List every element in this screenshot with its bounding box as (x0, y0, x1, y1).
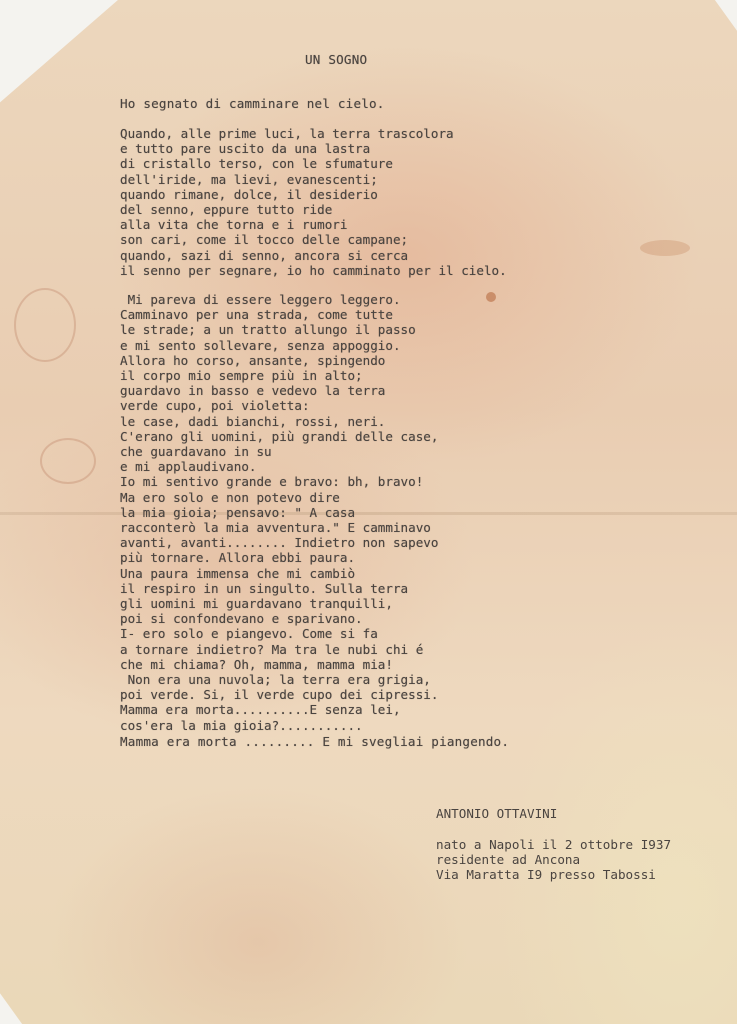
closing-line: Mamma era morta ......... E mi svegliai … (120, 734, 509, 749)
signature-block: ANTONIO OTTAVINI nato a Napoli il 2 otto… (436, 806, 671, 882)
coffee-ring-stain (14, 288, 76, 362)
typewritten-page: UN SOGNO Ho segnato di camminare nel cie… (0, 0, 737, 1024)
poem-line: quando, sazi di senno, ancora si cerca (120, 248, 507, 263)
poem-line: poi si confondevano e sparivano. (120, 611, 438, 626)
poem-line: Ma ero solo e non potevo dire (120, 490, 438, 505)
poem-line: Mamma era morta..........E senza lei, (120, 702, 438, 717)
poem-line: di cristallo terso, con le sfumature (120, 156, 507, 171)
poem-line: che guardavano in su (120, 444, 438, 459)
poem-line: guardavo in basso e vedevo la terra (120, 383, 438, 398)
author-name: ANTONIO OTTAVINI (436, 806, 671, 821)
poem-line: quando rimane, dolce, il desiderio (120, 187, 507, 202)
poem-line: Mi pareva di essere leggero leggero. (120, 292, 438, 307)
coffee-ring-stain (40, 438, 96, 484)
poem-line: avanti, avanti........ Indietro non sape… (120, 535, 438, 550)
poem-line: Non era una nuvola; la terra era grigia, (120, 672, 438, 687)
poem-line: il corpo mio sempre più in alto; (120, 368, 438, 383)
author-detail-line: Via Maratta I9 presso Tabossi (436, 867, 671, 882)
stain-smear (640, 240, 690, 256)
poem-line: Io mi sentivo grande e bravo: bh, bravo! (120, 474, 438, 489)
poem-line: cos'era la mia gioia?........... (120, 718, 438, 733)
poem-line: Una paura immensa che mi cambiò (120, 566, 438, 581)
poem-line: son cari, come il tocco delle campane; (120, 232, 507, 247)
document-title: UN SOGNO (305, 52, 367, 67)
poem-line: Allora ho corso, ansante, spingendo (120, 353, 438, 368)
poem-line: a tornare indietro? Ma tra le nubi chi é (120, 642, 438, 657)
author-detail-line: nato a Napoli il 2 ottobre I937 (436, 837, 671, 852)
poem-line: e tutto pare uscito da una lastra (120, 141, 507, 156)
poem-line: verde cupo, poi violetta: (120, 398, 438, 413)
poem-line: più tornare. Allora ebbi paura. (120, 550, 438, 565)
author-detail-line: residente ad Ancona (436, 852, 671, 867)
poem-line: alla vita che torna e i rumori (120, 217, 507, 232)
stanza-1: Quando, alle prime luci, la terra trasco… (120, 126, 507, 278)
poem-line: del senno, eppure tutto ride (120, 202, 507, 217)
poem-line: dell'iride, ma lievi, evanescenti; (120, 172, 507, 187)
poem-line: il senno per segnare, io ho camminato pe… (120, 263, 507, 278)
poem-line: le case, dadi bianchi, rossi, neri. (120, 414, 438, 429)
opening-line: Ho segnato di camminare nel cielo. (120, 96, 385, 111)
poem-line: le strade; a un tratto allungo il passo (120, 322, 438, 337)
poem-line: e mi applaudivano. (120, 459, 438, 474)
stanza-2: Mi pareva di essere leggero leggero.Camm… (120, 292, 438, 733)
poem-line: Quando, alle prime luci, la terra trasco… (120, 126, 507, 141)
poem-line: racconterò la mia avventura." E camminav… (120, 520, 438, 535)
poem-line: e mi sento sollevare, senza appoggio. (120, 338, 438, 353)
poem-line: gli uomini mi guardavano tranquilli, (120, 596, 438, 611)
poem-line: che mi chiama? Oh, mamma, mamma mia! (120, 657, 438, 672)
poem-line: C'erano gli uomini, più grandi delle cas… (120, 429, 438, 444)
poem-line: Camminavo per una strada, come tutte (120, 307, 438, 322)
poem-line: il respiro in un singulto. Sulla terra (120, 581, 438, 596)
rust-spot (486, 292, 496, 302)
poem-line: poi verde. Si, il verde cupo dei cipress… (120, 687, 438, 702)
author-details: nato a Napoli il 2 ottobre I937residente… (436, 837, 671, 882)
poem-line: I- ero solo e piangevo. Come si fa (120, 626, 438, 641)
poem-line: la mia gioia; pensavo: " A casa (120, 505, 438, 520)
